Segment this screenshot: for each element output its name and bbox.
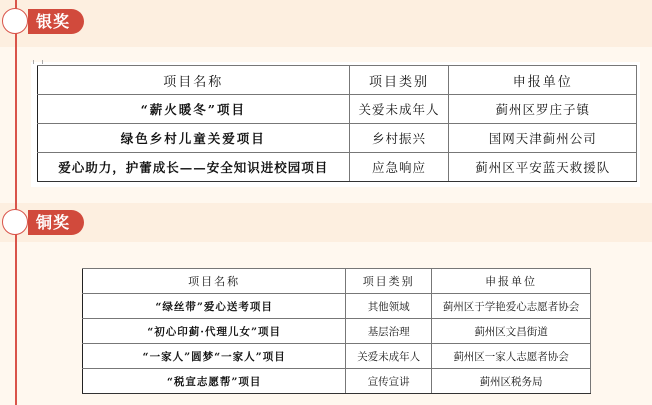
column-header-project-name: 项目名称 bbox=[38, 66, 350, 95]
project-category-cell: 乡村振兴 bbox=[349, 124, 449, 153]
applicant-unit-cell: 蓟州区罗庄子镇 bbox=[449, 95, 637, 124]
ruler-tick bbox=[33, 60, 34, 64]
project-category-cell: 基层治理 bbox=[346, 319, 432, 344]
applicant-unit-cell: 蓟州区一家人志愿者协会 bbox=[432, 344, 591, 369]
timeline-node-icon bbox=[2, 209, 28, 235]
table-header-row: 项目名称 项目类别 申报单位 bbox=[83, 269, 591, 294]
table-row: 绿色乡村儿童关爱项目 乡村振兴 国网天津蓟州公司 bbox=[38, 124, 637, 153]
table-row: “一家人”圆梦“一家人”项目 关爱未成年人 蓟州区一家人志愿者协会 bbox=[83, 344, 591, 369]
column-header-project-name: 项目名称 bbox=[83, 269, 346, 294]
project-name-cell: “初心印蓟·代理儿女”项目 bbox=[83, 319, 346, 344]
table-row: “初心印蓟·代理儿女”项目 基层治理 蓟州区文昌街道 bbox=[83, 319, 591, 344]
award-label-bronze: 铜奖 bbox=[28, 210, 84, 235]
silver-award-table: 项目名称 项目类别 申报单位 “薪火暖冬”项目 关爱未成年人 蓟州区罗庄子镇 绿… bbox=[37, 65, 637, 182]
column-header-applicant-unit: 申报单位 bbox=[449, 66, 637, 95]
project-name-cell: “薪火暖冬”项目 bbox=[38, 95, 350, 124]
section-header-band-silver bbox=[0, 0, 652, 47]
project-name-cell: “税宣志愿帮”项目 bbox=[83, 369, 346, 394]
column-header-applicant-unit: 申报单位 bbox=[432, 269, 591, 294]
project-category-cell: 其他领域 bbox=[346, 294, 432, 319]
project-category-cell: 应急响应 bbox=[349, 153, 449, 182]
timeline-line bbox=[15, 0, 17, 405]
applicant-unit-cell: 蓟州区税务局 bbox=[432, 369, 591, 394]
table-row: “绿丝带”爱心送考项目 其他领域 蓟州区于学艳爱心志愿者协会 bbox=[83, 294, 591, 319]
timeline-node-icon bbox=[2, 8, 28, 34]
table-row: “薪火暖冬”项目 关爱未成年人 蓟州区罗庄子镇 bbox=[38, 95, 637, 124]
project-name-cell: 绿色乡村儿童关爱项目 bbox=[38, 124, 350, 153]
column-header-project-category: 项目类别 bbox=[349, 66, 449, 95]
project-category-cell: 关爱未成年人 bbox=[349, 95, 449, 124]
project-category-cell: 宣传宣讲 bbox=[346, 369, 432, 394]
table-row: “税宣志愿帮”项目 宣传宣讲 蓟州区税务局 bbox=[83, 369, 591, 394]
ruler-tick bbox=[42, 60, 43, 64]
project-name-cell: “一家人”圆梦“一家人”项目 bbox=[83, 344, 346, 369]
applicant-unit-cell: 国网天津蓟州公司 bbox=[449, 124, 637, 153]
applicant-unit-cell: 蓟州区于学艳爱心志愿者协会 bbox=[432, 294, 591, 319]
project-name-cell: 爱心助力，护蕾成长——安全知识进校园项目 bbox=[38, 153, 350, 182]
table-row: 爱心助力，护蕾成长——安全知识进校园项目 应急响应 蓟州区平安蓝天救援队 bbox=[38, 153, 637, 182]
award-label-silver: 银奖 bbox=[28, 9, 84, 34]
table-header-row: 项目名称 项目类别 申报单位 bbox=[38, 66, 637, 95]
applicant-unit-cell: 蓟州区平安蓝天救援队 bbox=[449, 153, 637, 182]
bronze-award-table: 项目名称 项目类别 申报单位 “绿丝带”爱心送考项目 其他领域 蓟州区于学艳爱心… bbox=[82, 268, 591, 394]
section-header-band-bronze bbox=[0, 203, 652, 242]
column-header-project-category: 项目类别 bbox=[346, 269, 432, 294]
project-category-cell: 关爱未成年人 bbox=[346, 344, 432, 369]
applicant-unit-cell: 蓟州区文昌街道 bbox=[432, 319, 591, 344]
project-name-cell: “绿丝带”爱心送考项目 bbox=[83, 294, 346, 319]
